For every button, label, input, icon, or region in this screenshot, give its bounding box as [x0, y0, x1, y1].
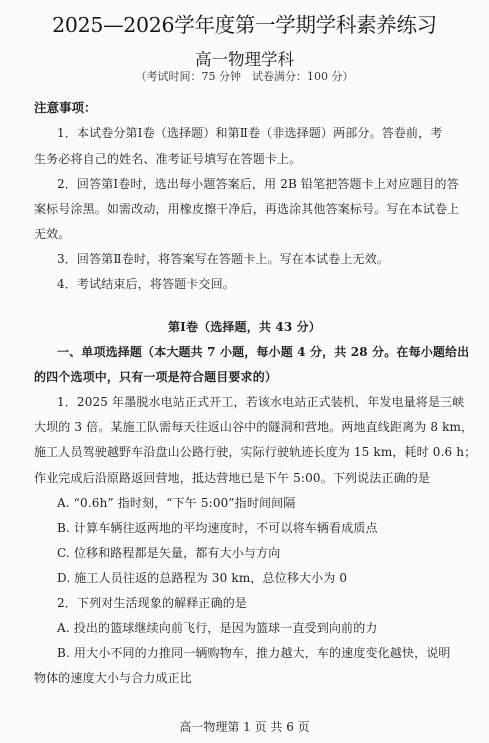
question-1-stem-2: 大坝的 3 倍。某施工队需每天往返山谷中的隧洞和营地。两地直线距离为 8 km，: [34, 418, 473, 435]
notice-line-2: 生务必将自己的姓名、准考证号填写在答题卡上。: [34, 150, 301, 167]
notice-line-4: 案标号涂黑。如需改动，用橡皮擦干净后，再选涂其他答案标号。写在本试卷上: [34, 200, 459, 217]
notice-line-7: 4．考试结束后，将答题卡交回。: [57, 275, 235, 292]
part1-heading: 第Ⅰ卷（选择题，共 43 分）: [0, 318, 489, 335]
notice-line-1: 1．本试卷分第Ⅰ卷（选择题）和第Ⅱ卷（非选择题）两部分。答卷前，考: [57, 124, 442, 141]
notice-line-5: 无效。: [34, 225, 70, 242]
exam-title: 2025—2026学年度第一学期学科素养练习: [0, 8, 489, 38]
notice-line-6: 3．回答第Ⅱ卷时，将答案写在答题卡上。写在本试卷上无效。: [57, 250, 389, 267]
section-instructions-1: 一、单项选择题（本大题共 7 小题，每小题 4 分，共 28 分。在每小题给出: [57, 343, 469, 360]
question-2-option-b: B. 用大小不同的力推同一辆购物车，推力越大，车的速度变化越快，说明: [57, 644, 451, 661]
question-1-option-d: D. 施工人员往返的总路程为 30 km，总位移大小为 0: [57, 569, 347, 586]
question-2-option-b-cont: 物体的速度大小与合力成正比: [34, 669, 192, 686]
question-1-stem-4: 作业完成后沿原路返回营地，抵达营地已是下午 5:00。下列说法正确的是: [34, 469, 430, 486]
exam-meta: （考试时间：75 分钟 试卷满分：100 分）: [0, 68, 489, 84]
question-1-option-a: A. “0.6h” 指时刻，“下午 5:00”指时间间隔: [57, 494, 295, 511]
question-2-stem: 2．下列对生活现象的解释正确的是: [57, 594, 247, 611]
subject-title: 高一物理学科: [0, 46, 489, 70]
page-footer: 高一物理第 1 页 共 6 页: [0, 718, 489, 735]
notice-line-3: 2．回答第Ⅰ卷时，选出每小题答案后，用 2B 铅笔把答题卡上对应题目的答: [57, 175, 459, 192]
notice-heading: 注意事项：: [34, 98, 97, 116]
question-1-stem-3: 施工人员驾驶越野车沿盘山公路行驶，实际行驶轨迹长度为 15 km，耗时 0.6 …: [34, 443, 476, 460]
question-1-stem-1: 1．2025 年墨脱水电站正式开工，若该水电站正式装机，年发电量将是三峡: [57, 393, 464, 410]
section-instructions-2: 的四个选项中，只有一项是符合题目要求的）: [34, 368, 277, 385]
question-1-option-c: C. 位移和路程都是矢量，都有大小与方向: [57, 544, 280, 561]
question-2-option-a: A. 投出的篮球继续向前飞行，是因为篮球一直受到向前的力: [57, 619, 378, 636]
question-1-option-b: B. 计算车辆往返两地的平均速度时，不可以将车辆看成质点: [57, 519, 378, 536]
